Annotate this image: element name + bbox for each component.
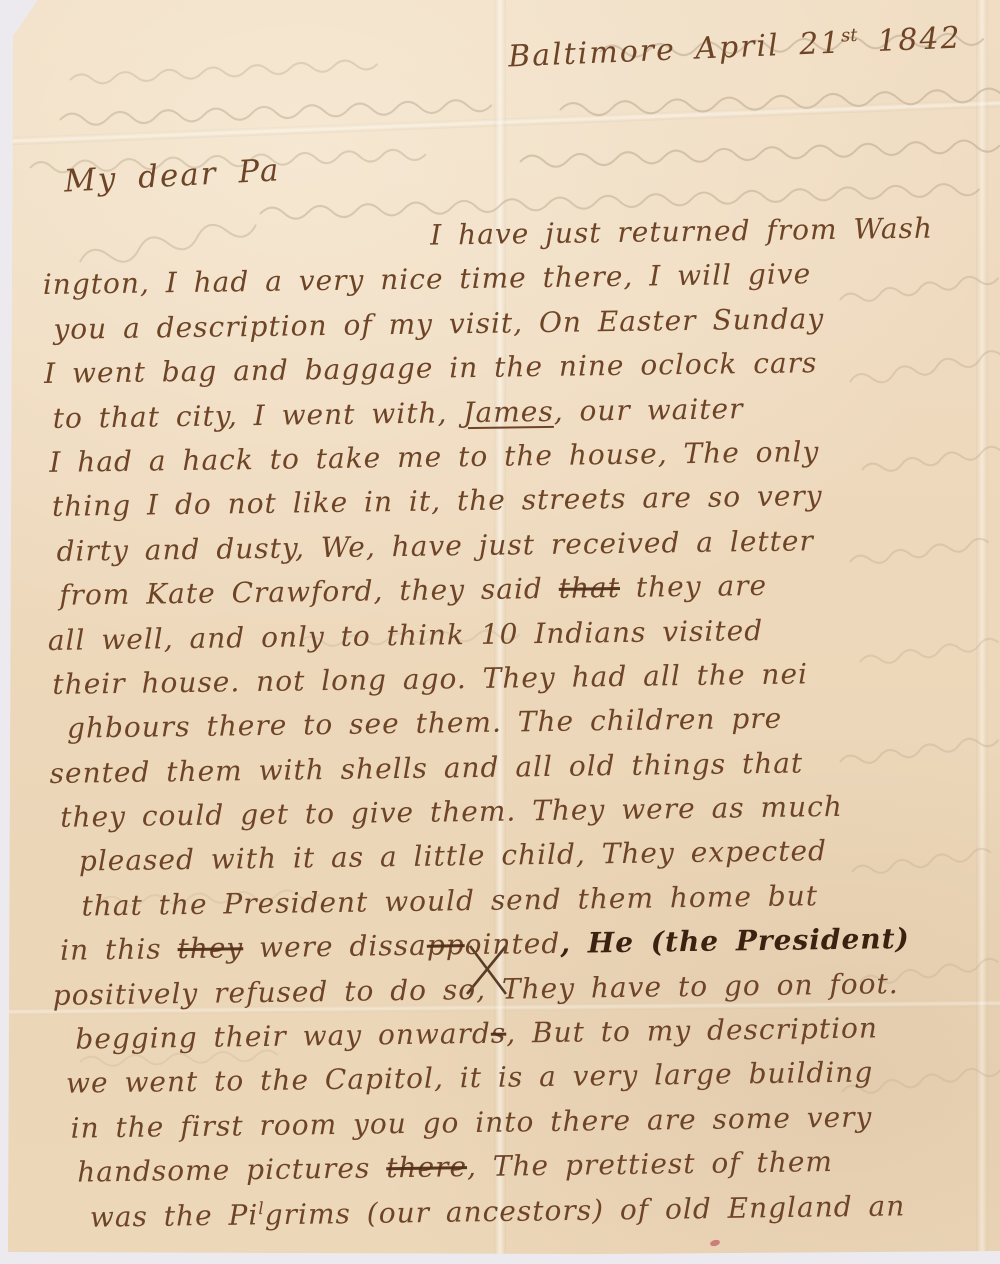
fold-crease-horizontal-top — [0, 98, 1000, 147]
paper-speck — [709, 1239, 720, 1247]
letter-paper: Baltimore April 21st 1842 My dear Pa I h… — [0, 0, 1000, 1264]
salutation: My dear Pa — [63, 152, 281, 199]
letter-line: I have just returned from Wash — [430, 211, 995, 263]
dateline: Baltimore April 21st 1842 — [508, 21, 963, 75]
scanned-letter-page: { "page": { "background_color": "#eceaee… — [0, 0, 1000, 1264]
letter-body: I have just returned from Washington, I … — [42, 211, 1000, 1245]
dateline-ordinal: st — [841, 25, 858, 47]
dateline-place-day: Baltimore April 21 — [508, 26, 843, 75]
dateline-year: 1842 — [857, 21, 962, 60]
